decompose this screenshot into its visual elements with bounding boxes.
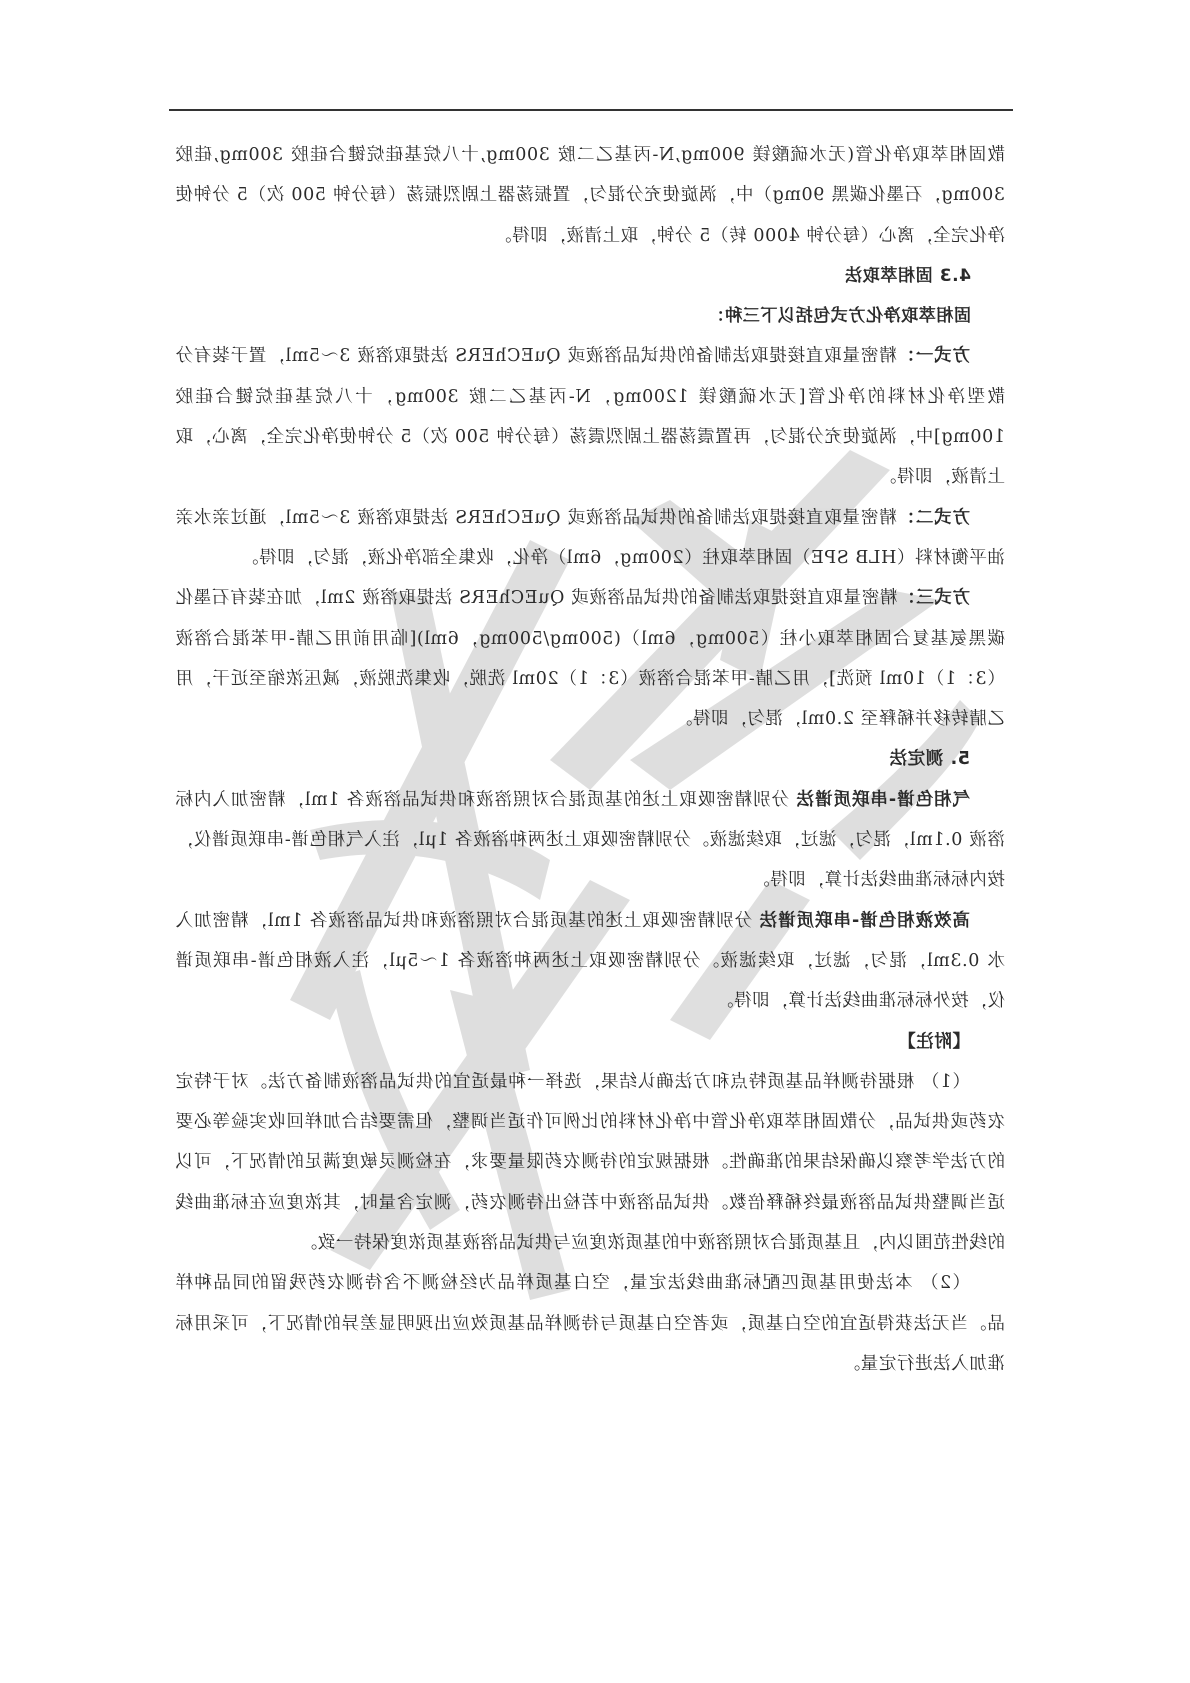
paragraph-lcms: 高效液相色谱-串联质谱法 分别精密吸取上述的基质混合对照溶液和供试品溶液各 1m… bbox=[175, 901, 1005, 1022]
lcms-label: 高效液相色谱-串联质谱法 bbox=[759, 911, 970, 931]
paragraph-gcms: 气相色谱-串联质谱法 分别精密吸取上述的基质混合对照溶液和供试品溶液各 1ml，… bbox=[175, 780, 1005, 901]
gcms-label: 气相色谱-串联质谱法 bbox=[796, 790, 970, 810]
document-page: 散固相萃取净化管(无水硫酸镁 900mg,N-丙基乙二胺 300mg,十八烷基硅… bbox=[0, 0, 1190, 1683]
method-3-text: 精密量取直接提取法制备的供试品溶液或 QuEChERS 法提取溶液 2ml，加在… bbox=[175, 588, 1005, 729]
paragraph-note-1: （1） 根据待测样品基质特点和方法确认结果，选择一种最适宜的供试品溶液制备方法。… bbox=[175, 1062, 1005, 1263]
method-3-label: 方式三： bbox=[897, 588, 970, 608]
paragraph-dispersive-spe: 散固相萃取净化管(无水硫酸镁 900mg,N-丙基乙二胺 300mg,十八烷基硅… bbox=[175, 135, 1005, 256]
method-1-label: 方式一： bbox=[897, 346, 970, 366]
paragraph-method-3: 方式三：精密量取直接提取法制备的供试品溶液或 QuEChERS 法提取溶液 2m… bbox=[175, 578, 1005, 739]
method-2-label: 方式二： bbox=[897, 508, 970, 528]
heading-4-3: 4.3 固相萃取法 bbox=[175, 256, 1005, 296]
header-rule bbox=[169, 109, 1013, 111]
method-2-text: 精密量取直接提取法制备的供试品溶液或 QuEChERS 法提取溶液 3～5ml，… bbox=[175, 508, 1005, 568]
paragraph-note-2: （2） 本法使用基质匹配标准曲线法定量，空白基质样品为经检测不含待测农药残留的同… bbox=[175, 1263, 1005, 1384]
heading-notes: 【附注】 bbox=[175, 1022, 1005, 1062]
method-1-text: 精密量取直接提取法制备的供试品溶液或 QuEChERS 法提取溶液 3～5ml，… bbox=[175, 346, 1005, 487]
heading-spe-intro: 固相萃取净化方式包括以下三种： bbox=[175, 296, 1005, 336]
document-body: 散固相萃取净化管(无水硫酸镁 900mg,N-丙基乙二胺 300mg,十八烷基硅… bbox=[175, 135, 1005, 1384]
paragraph-method-1: 方式一：精密量取直接提取法制备的供试品溶液或 QuEChERS 法提取溶液 3～… bbox=[175, 336, 1005, 497]
paragraph-method-2: 方式二：精密量取直接提取法制备的供试品溶液或 QuEChERS 法提取溶液 3～… bbox=[175, 498, 1005, 579]
heading-5: 5. 测定法 bbox=[175, 739, 1005, 779]
